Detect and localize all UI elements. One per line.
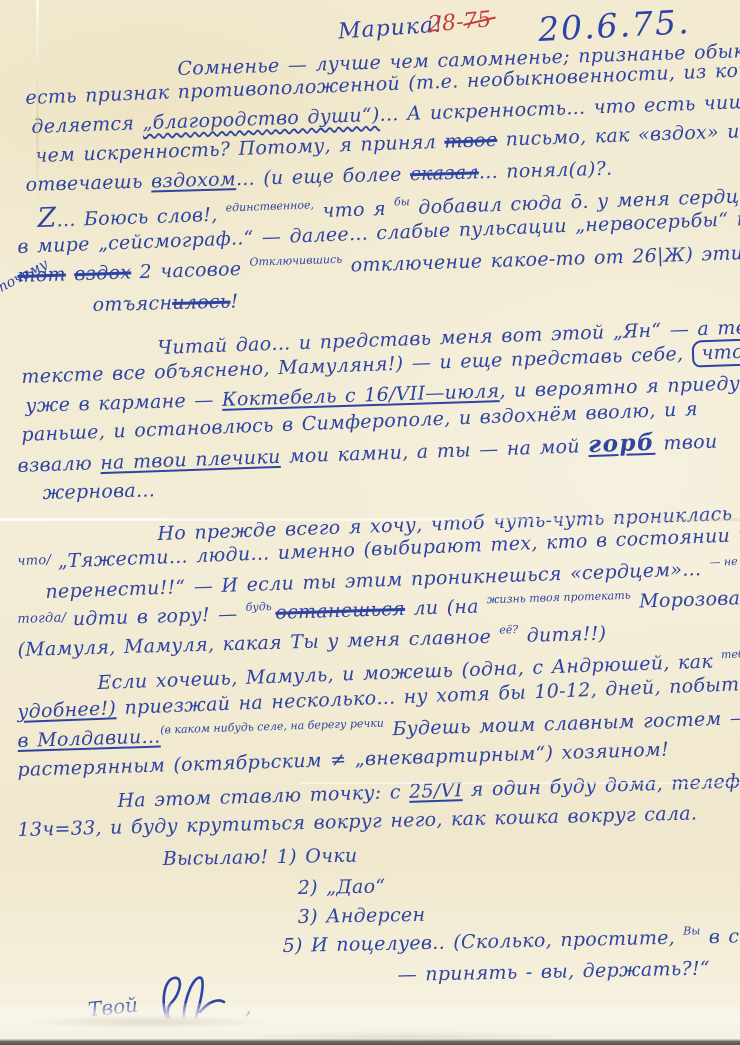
text-segment: 2 часовое <box>131 258 250 284</box>
text-segment: ... (и еще более <box>236 163 411 190</box>
text-segment: что путёвка <box>691 335 740 368</box>
text-segment: сказал <box>410 161 479 185</box>
text-segment: отъясн <box>92 292 172 316</box>
text-segment: ... понял(а)?. <box>479 158 613 184</box>
text-segment: твое <box>444 129 498 153</box>
text-segment: ли (на <box>405 595 488 620</box>
text-segment: дитя!!) <box>518 623 607 647</box>
archive-number-red: 28-75 <box>427 7 492 37</box>
text-segment: „благородство души“) <box>142 104 380 134</box>
text-segment: вздохом <box>151 168 237 192</box>
text-segment: её? <box>499 623 518 637</box>
text-segment: 2) „Дао“ <box>298 875 386 899</box>
text-segment: илось <box>172 291 231 314</box>
letter-scan: Марика! 28-75 20.6.75. почему Сомненье —… <box>0 0 740 1045</box>
text-segment <box>66 263 75 285</box>
text-segment: ! <box>230 290 238 312</box>
text-segment: Вы <box>683 924 700 937</box>
text-segment: мои камни, а ты — на мой <box>280 435 588 468</box>
text-segment: будь <box>245 600 275 614</box>
text-segment: — принять - вы, держать?!“ <box>397 957 710 986</box>
text-segment: тебе <box>721 647 740 661</box>
text-segment: единственное, <box>225 198 314 214</box>
text-segment: взвалю <box>17 452 100 477</box>
text-segment: на твои плечики <box>100 446 281 474</box>
text-segment: тогда/ <box>17 610 73 627</box>
scan-bottom-edge <box>0 1003 740 1045</box>
text-segment: идти в гору! — <box>72 603 246 630</box>
text-segment: я один буду дома, телефон <box>462 770 740 801</box>
text-segment: что/ <box>17 552 58 569</box>
text-segment: тот <box>17 263 66 287</box>
text-segment: жернова... <box>42 479 155 504</box>
text-segment: 25/VI <box>409 779 463 803</box>
text-segment: — не разумом — ох, только- <box>709 550 740 569</box>
text-segment: горб <box>588 429 656 458</box>
letter-body: Сомненье — лучше чем самомненье; признан… <box>18 56 738 991</box>
text-segment: 3) Андерсен <box>298 904 426 928</box>
text-segment: твои <box>655 431 718 455</box>
text-segment: что я <box>314 198 395 223</box>
text-segment: Отключившись <box>249 253 342 269</box>
letter-line: — принять - вы, держать?!“ <box>397 955 738 991</box>
text-segment: бы <box>394 195 410 209</box>
text-segment: На этом ставлю точку: с <box>117 781 409 812</box>
text-segment: останешься <box>275 598 405 624</box>
text-segment: удобнее!) <box>17 697 117 723</box>
text-segment: Z <box>37 202 57 234</box>
text-segment: 5) И поцелуев.. (Сколько, простите, <box>282 927 683 957</box>
text-segment: в Молдавии... <box>17 726 161 752</box>
text-segment: Высылаю! 1) Очки <box>163 845 358 870</box>
text-segment: в состоянии <box>700 923 740 948</box>
text-segment: уже в кармане — <box>25 389 222 417</box>
text-segment: отвечаешь <box>25 171 151 196</box>
text-segment: вздох <box>74 261 132 285</box>
text-segment: деляется <box>31 112 143 138</box>
